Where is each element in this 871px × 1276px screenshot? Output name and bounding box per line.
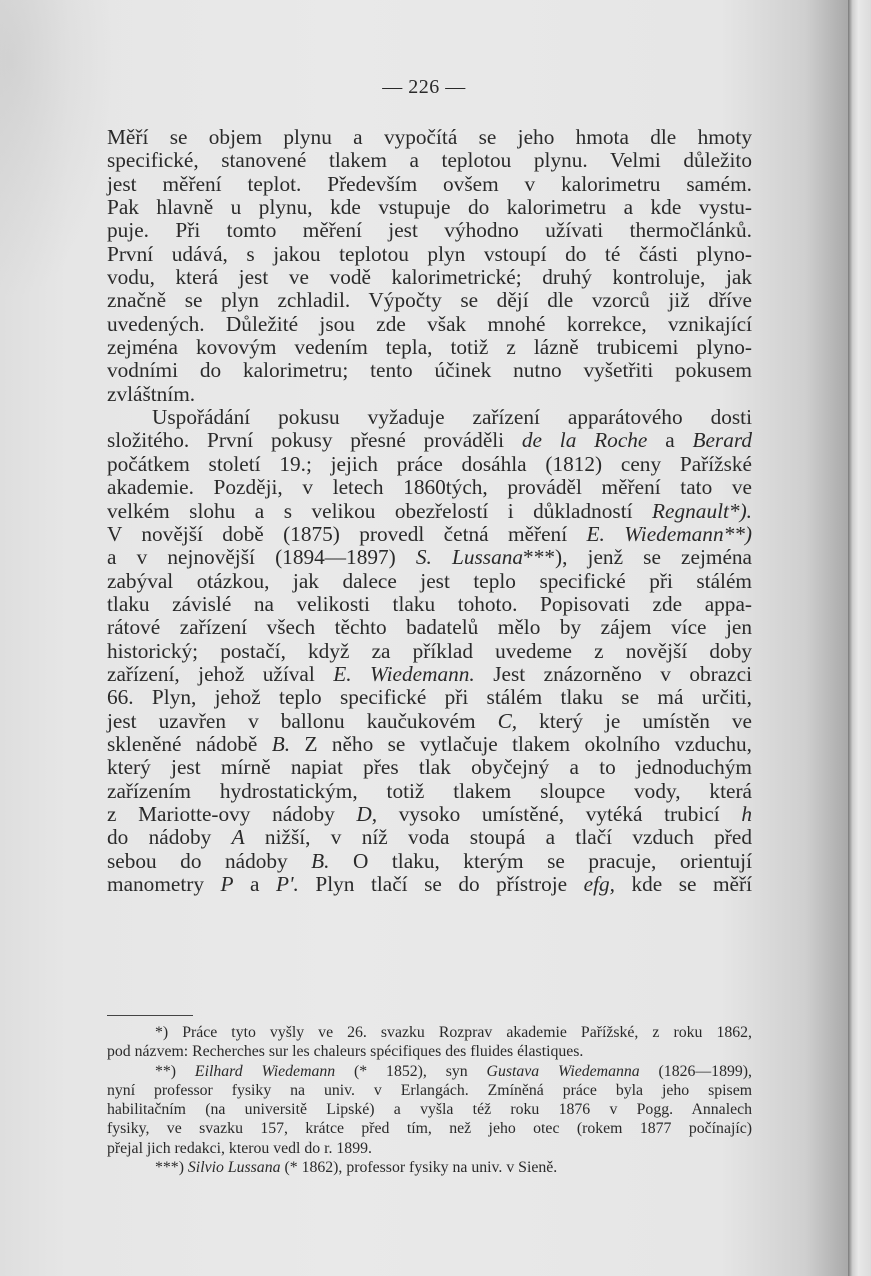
page-number: — 226 — (0, 76, 848, 99)
book-page-edge (848, 0, 871, 1276)
footnote-2-cont: přejal jich redakci, kterou vedl do r. 1… (107, 1139, 752, 1158)
text-line: počátkem století 19.; jejich práce dosáh… (107, 453, 752, 476)
text-line: skleněné nádobě B. Z něho se vytlačuje t… (107, 733, 752, 756)
footnote-2: **) Eilhard Wiedemann (* 1852), syn Gust… (107, 1062, 752, 1081)
text-line: V novější době (1875) provedl četná měře… (107, 523, 752, 546)
footnote-2-cont: habilitačním (na universitě Lipské) a vy… (107, 1100, 752, 1119)
text-line: Pak hlavně u plynu, kde vstupuje do kalo… (107, 196, 752, 219)
text-line: jest uzavřen v ballonu kaučukovém C, kte… (107, 710, 752, 733)
text-line: zabýval otázkou, jak dalece jest teplo s… (107, 570, 752, 593)
author-name: S. Lussana (416, 545, 523, 569)
author-name: E. Wiedemann**) (587, 522, 752, 546)
text-line: jest měření teplot. Především ovšem v ka… (107, 173, 752, 196)
text-line: zejména kovovým vedením tepla, totiž z l… (107, 336, 752, 359)
scanned-page: — 226 — Měří se objem plynu a vypočítá s… (0, 0, 848, 1276)
text-line: akademie. Později, v letech 1860tých, pr… (107, 476, 752, 499)
paragraph-2: Uspořádání pokusu vyžaduje zařízení appa… (107, 406, 752, 896)
text-line: velkém slohu a s velikou obezřelostí i d… (107, 500, 752, 523)
text-line: specifické, stanovené tlakem a teplotou … (107, 149, 752, 172)
text-line: rátové zařízení všech těchto badatelů mě… (107, 616, 752, 639)
text-line: zařízením hydrostatickým, totiž tlakem s… (107, 780, 752, 803)
text-line: uvedených. Důležité jsou zde však mnohé … (107, 313, 752, 336)
text-line: sebou do nádoby B. O tlaku, kterým se pr… (107, 850, 752, 873)
author-name: de la Roche (522, 428, 647, 452)
text-line: manometry P a P'. Plyn tlačí se do příst… (107, 873, 752, 896)
text-line: složitého. První pokusy přesné prováděli… (107, 429, 752, 452)
text-line: historický; postačí, když za příklad uve… (107, 640, 752, 663)
text-line: puje. Při tomto měření jest výhodno užív… (107, 219, 752, 242)
text-line: vodu, která jest ve vodě kalorimetrické;… (107, 266, 752, 289)
text-line: zvláštním. (107, 383, 752, 406)
text-line: vodními do kalorimetru; tento účinek nut… (107, 359, 752, 382)
footnote-divider (107, 1015, 193, 1016)
text-line: který jest mírně napiat přes tlak obyčej… (107, 756, 752, 779)
footnotes: *) Práce tyto vyšly ve 26. svazku Rozpra… (107, 1023, 752, 1177)
text-line: a v nejnovější (1894—1897) S. Lussana***… (107, 546, 752, 569)
footnote-2-cont: nyní professor fysiky na univ. v Erlangá… (107, 1081, 752, 1100)
author-name: Regnault*). (652, 499, 752, 523)
footnote-1-cont: pod názvem: Recherches sur les chaleurs … (107, 1042, 752, 1061)
paragraph-1: Měří se objem plynu a vypočítá se jeho h… (107, 126, 752, 406)
text-line: z Mariotte-ovy nádoby D, vysoko umístěné… (107, 803, 752, 826)
text-line: do nádoby A nižší, v níž voda stoupá a t… (107, 826, 752, 849)
text-line: značně se plyn zchladil. Výpočty se dějí… (107, 289, 752, 312)
author-name: Berard (692, 428, 752, 452)
footnote-2-cont: fysiky, ve svazku 157, krátce před tím, … (107, 1119, 752, 1138)
text-line: 66. Plyn, jehož teplo specifické při stá… (107, 686, 752, 709)
text-line: První udává, s jakou teplotou plyn vstou… (107, 243, 752, 266)
author-name: E. Wiedemann. (333, 662, 474, 686)
text-line: zařízení, jehož užíval E. Wiedemann. Jes… (107, 663, 752, 686)
body-text: Měří se objem plynu a vypočítá se jeho h… (107, 126, 752, 896)
footnote-3: ***) Silvio Lussana (* 1862), professor … (107, 1158, 752, 1177)
footnote-1: *) Práce tyto vyšly ve 26. svazku Rozpra… (107, 1023, 752, 1042)
text-line: Uspořádání pokusu vyžaduje zařízení appa… (107, 406, 752, 429)
text-line: Měří se objem plynu a vypočítá se jeho h… (107, 126, 752, 149)
text-line: tlaku závislé na velikosti tlaku tohoto.… (107, 593, 752, 616)
